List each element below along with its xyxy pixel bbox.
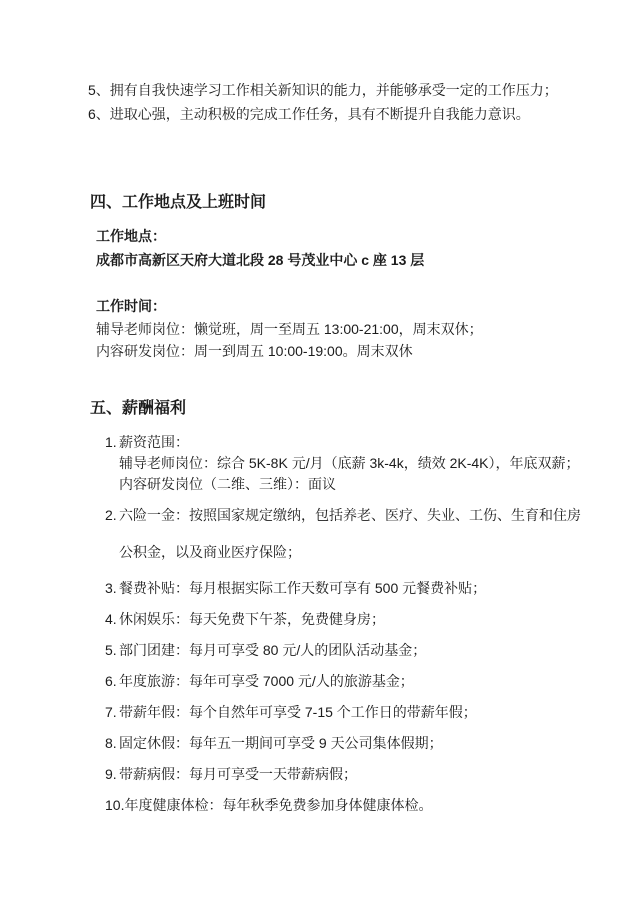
benefit-content: 休闲娱乐：每天免费下午茶，免费健身房； <box>119 609 584 630</box>
document-page: 5、 拥有自我快速学习工作相关新知识的能力，并能够承受一定的工作压力； 6、 进… <box>0 0 634 897</box>
work-hours-block: 工作时间： 辅导老师岗位：懒觉班，周一至周五 13:00-21:00，周末双休；… <box>96 294 584 362</box>
benefit-line: 内容研发岗位（二维、三维）：面议 <box>119 474 584 495</box>
benefit-line: 公积金，以及商业医疗保险； <box>119 542 584 563</box>
benefit-line: 六险一金：按照国家规定缴纳，包括养老、医疗、失业、工伤、生育和住房 <box>119 505 584 526</box>
benefit-number: 2. <box>105 505 119 563</box>
benefit-content: 带薪年假：每个自然年可享受 7-15 个工作日的带薪年假； <box>119 702 584 723</box>
benefit-content: 部门团建：每月可享受 80 元/人的团队活动基金； <box>119 640 584 661</box>
benefit-content: 固定休假：每年五一期间可享受 9 天公司集体假期； <box>119 733 584 754</box>
benefit-item-health-checkup: 10. 年度健康体检：每年秋季免费参加身体健康体检。 <box>105 795 584 816</box>
benefit-number: 1. <box>105 432 119 495</box>
benefit-content: 六险一金：按照国家规定缴纳，包括养老、医疗、失业、工伤、生育和住房 公积金，以及… <box>119 505 584 563</box>
work-hours-line: 辅导老师岗位：懒觉班，周一至周五 13:00-21:00，周末双休； <box>96 318 584 340</box>
benefit-content: 带薪病假：每月可享受一天带薪病假； <box>119 764 584 785</box>
benefit-item-fixed-holiday: 8. 固定休假：每年五一期间可享受 9 天公司集体假期； <box>105 733 584 754</box>
benefit-item-leisure: 4. 休闲娱乐：每天免费下午茶，免费健身房； <box>105 609 584 630</box>
work-hours-label: 工作时间： <box>96 294 584 318</box>
benefit-line: 部门团建：每月可享受 80 元/人的团队活动基金； <box>119 640 584 661</box>
benefits-list: 1. 薪资范围： 辅导老师岗位：综合 5K-8K 元/月（底薪 3k-4k，绩效… <box>88 432 584 816</box>
benefit-number: 6. <box>105 671 119 692</box>
section-heading-benefits: 五、薪酬福利 <box>90 398 584 420</box>
work-location-label: 工作地点： <box>96 224 584 248</box>
work-location-block: 工作地点： 成都市高新区天府大道北段 28 号茂业中心 c 座 13 层 <box>96 224 584 272</box>
benefit-item-insurance: 2. 六险一金：按照国家规定缴纳，包括养老、医疗、失业、工伤、生育和住房 公积金… <box>105 505 584 563</box>
benefit-content: 年度旅游：每年可享受 7000 元/人的旅游基金； <box>119 671 584 692</box>
benefit-number: 8. <box>105 733 119 754</box>
benefit-line: 固定休假：每年五一期间可享受 9 天公司集体假期； <box>119 733 584 754</box>
work-location-address: 成都市高新区天府大道北段 28 号茂业中心 c 座 13 层 <box>96 248 584 272</box>
benefit-line: 年度健康体检：每年秋季免费参加身体健康体检。 <box>124 795 584 816</box>
benefit-item-paid-annual-leave: 7. 带薪年假：每个自然年可享受 7-15 个工作日的带薪年假； <box>105 702 584 723</box>
benefit-number: 4. <box>105 609 119 630</box>
benefit-line: 餐费补贴：每月根据实际工作天数可享有 500 元餐费补贴； <box>119 578 584 599</box>
benefit-item-annual-travel: 6. 年度旅游：每年可享受 7000 元/人的旅游基金； <box>105 671 584 692</box>
requirement-number: 6、 <box>88 102 110 126</box>
requirement-number: 5、 <box>88 78 110 102</box>
benefit-content: 餐费补贴：每月根据实际工作天数可享有 500 元餐费补贴； <box>119 578 584 599</box>
benefit-number: 10. <box>105 795 124 816</box>
requirement-item: 6、 进取心强，主动积极的完成工作任务，具有不断提升自我能力意识。 <box>88 102 584 126</box>
benefit-number: 9. <box>105 764 119 785</box>
benefit-item-team-building: 5. 部门团建：每月可享受 80 元/人的团队活动基金； <box>105 640 584 661</box>
benefit-line: 年度旅游：每年可享受 7000 元/人的旅游基金； <box>119 671 584 692</box>
benefit-line: 带薪年假：每个自然年可享受 7-15 个工作日的带薪年假； <box>119 702 584 723</box>
benefit-number: 3. <box>105 578 119 599</box>
benefit-item-meal-subsidy: 3. 餐费补贴：每月根据实际工作天数可享有 500 元餐费补贴； <box>105 578 584 599</box>
requirement-text: 进取心强，主动积极的完成工作任务，具有不断提升自我能力意识。 <box>110 102 530 126</box>
benefit-line: 休闲娱乐：每天免费下午茶，免费健身房； <box>119 609 584 630</box>
benefit-content: 薪资范围： 辅导老师岗位：综合 5K-8K 元/月（底薪 3k-4k，绩效 2K… <box>119 432 584 495</box>
benefit-line: 薪资范围： <box>119 432 584 453</box>
benefit-item-paid-sick-leave: 9. 带薪病假：每月可享受一天带薪病假； <box>105 764 584 785</box>
benefit-number: 5. <box>105 640 119 661</box>
requirement-item: 5、 拥有自我快速学习工作相关新知识的能力，并能够承受一定的工作压力； <box>88 78 584 102</box>
section-heading-location: 四、工作地点及上班时间 <box>90 192 584 214</box>
benefit-line: 辅导老师岗位：综合 5K-8K 元/月（底薪 3k-4k，绩效 2K-4K），年… <box>119 453 584 474</box>
requirements-tail: 5、 拥有自我快速学习工作相关新知识的能力，并能够承受一定的工作压力； 6、 进… <box>88 78 584 126</box>
benefit-item-salary: 1. 薪资范围： 辅导老师岗位：综合 5K-8K 元/月（底薪 3k-4k，绩效… <box>105 432 584 495</box>
benefit-number: 7. <box>105 702 119 723</box>
benefit-content: 年度健康体检：每年秋季免费参加身体健康体检。 <box>124 795 584 816</box>
work-hours-line: 内容研发岗位：周一到周五 10:00-19:00。周末双休 <box>96 340 584 362</box>
requirement-text: 拥有自我快速学习工作相关新知识的能力，并能够承受一定的工作压力； <box>110 78 558 102</box>
benefit-line: 带薪病假：每月可享受一天带薪病假； <box>119 764 584 785</box>
